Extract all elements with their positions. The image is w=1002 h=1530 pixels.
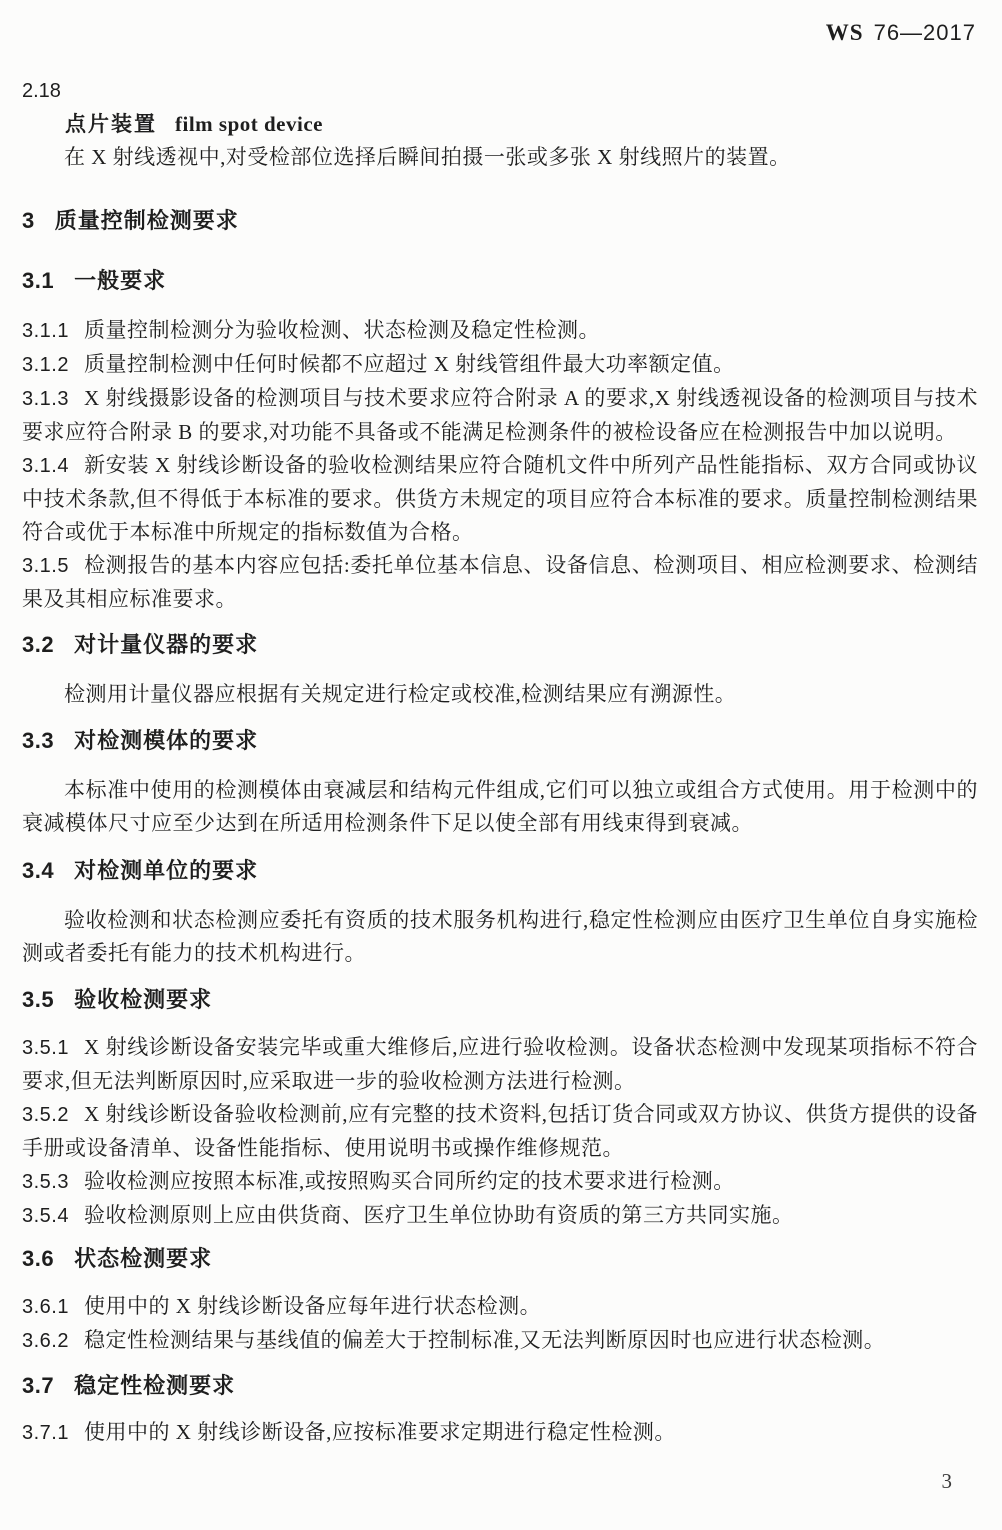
clause-3-6-2: 3.6.2稳定性检测结果与基线值的偏差大于控制标准,又无法判断原因时也应进行状态… (22, 1324, 978, 1358)
clause-number: 3.6.2 (22, 1330, 69, 1352)
chapter-heading: 3质量控制检测要求 (22, 204, 978, 237)
term-en: film spot device (175, 112, 323, 136)
section-title: 一般要求 (74, 268, 166, 293)
clause-number: 3.5.1 (22, 1037, 69, 1059)
clause-text: 检测报告的基本内容应包括:委托单位基本信息、设备信息、检测项目、相应检测要求、检… (22, 553, 978, 611)
section-number: 3.4 (22, 858, 54, 883)
clause-text: X 射线摄影设备的检测项目与技术要求应符合附录 A 的要求,X 射线透视设备的检… (22, 386, 978, 444)
clause-text: 稳定性检测结果与基线值的偏差大于控制标准,又无法判断原因时也应进行状态检测。 (84, 1328, 885, 1352)
clause-group-3-7: 3.7.1使用中的 X 射线诊断设备,应按标准要求定期进行稳定性检测。 (22, 1416, 978, 1450)
section-title: 对检测模体的要求 (74, 728, 258, 753)
clause-number: 3.5.4 (22, 1205, 69, 1227)
section-number: 3.6 (22, 1246, 54, 1271)
clause-3-5-3: 3.5.3验收检测应按照本标准,或按照购买合同所约定的技术要求进行检测。 (22, 1165, 978, 1199)
clause-number: 3.5.2 (22, 1104, 69, 1126)
chapter-title: 质量控制检测要求 (55, 208, 239, 233)
clause-number: 3.1.1 (22, 320, 69, 342)
clause-text: 验收检测应按照本标准,或按照购买合同所约定的技术要求进行检测。 (84, 1169, 735, 1193)
clause-text: 新安装 X 射线诊断设备的验收检测结果应符合随机文件中所列产品性能指标、双方合同… (22, 453, 978, 544)
definition-term: 点片装置film spot device (22, 108, 978, 141)
section-heading-3-1: 3.1一般要求 (22, 264, 978, 297)
clause-text: 质量控制检测分为验收检测、状态检测及稳定性检测。 (84, 318, 600, 342)
clause-3-1-3: 3.1.3X 射线摄影设备的检测项目与技术要求应符合附录 A 的要求,X 射线透… (22, 382, 978, 449)
clause-3-7-1: 3.7.1使用中的 X 射线诊断设备,应按标准要求定期进行稳定性检测。 (22, 1416, 978, 1450)
clause-number: 3.1.3 (22, 388, 69, 410)
section-heading-3-4: 3.4对检测单位的要求 (22, 854, 978, 887)
clause-3-1-1: 3.1.1质量控制检测分为验收检测、状态检测及稳定性检测。 (22, 314, 978, 348)
clause-text: 质量控制检测中任何时候都不应超过 X 射线管组件最大功率额定值。 (84, 352, 735, 376)
page-content: 2.18 点片装置film spot device 在 X 射线透视中,对受检部… (0, 75, 1002, 1450)
section-heading-3-5: 3.5验收检测要求 (22, 983, 978, 1016)
clause-number: 3.7.1 (22, 1422, 69, 1444)
clause-text: 验收检测原则上应由供货商、医疗卫生单位协助有资质的第三方共同实施。 (84, 1203, 794, 1227)
section-paragraph-3-3: 本标准中使用的检测模体由衰减层和结构元件组成,它们可以独立或组合方式使用。用于检… (22, 774, 978, 840)
standard-number-label: 76—2017 (874, 20, 976, 45)
document-page: WS76—2017 2.18 点片装置film spot device 在 X … (0, 0, 1002, 1530)
clause-3-1-5: 3.1.5检测报告的基本内容应包括:委托单位基本信息、设备信息、检测项目、相应检… (22, 549, 978, 616)
clause-text: 使用中的 X 射线诊断设备,应按标准要求定期进行稳定性检测。 (84, 1420, 676, 1444)
section-title: 对计量仪器的要求 (74, 632, 258, 657)
definition-block: 2.18 点片装置film spot device 在 X 射线透视中,对受检部… (22, 75, 978, 174)
section-heading-3-3: 3.3对检测模体的要求 (22, 724, 978, 757)
clause-number: 3.1.2 (22, 354, 69, 376)
clause-text: X 射线诊断设备安装完毕或重大维修后,应进行验收检测。设备状态检测中发现某项指标… (22, 1035, 978, 1093)
page-number: 3 (0, 1468, 1002, 1494)
section-number: 3.1 (22, 268, 54, 293)
clause-3-1-4: 3.1.4新安装 X 射线诊断设备的验收检测结果应符合随机文件中所列产品性能指标… (22, 449, 978, 549)
clause-number: 3.1.4 (22, 455, 69, 477)
page-header: WS76—2017 (0, 0, 1002, 49)
term-zh: 点片装置 (65, 113, 157, 136)
standard-code-label: WS (826, 20, 864, 45)
section-heading-3-7: 3.7稳定性检测要求 (22, 1369, 978, 1402)
section-heading-3-6: 3.6状态检测要求 (22, 1242, 978, 1275)
section-heading-3-2: 3.2对计量仪器的要求 (22, 628, 978, 661)
clause-group-3-6: 3.6.1使用中的 X 射线诊断设备应每年进行状态检测。 3.6.2稳定性检测结… (22, 1290, 978, 1358)
clause-3-5-1: 3.5.1X 射线诊断设备安装完毕或重大维修后,应进行验收检测。设备状态检测中发… (22, 1031, 978, 1098)
clause-number: 3.6.1 (22, 1296, 69, 1318)
section-title: 稳定性检测要求 (74, 1373, 235, 1398)
clause-number: 3.5.3 (22, 1171, 69, 1193)
clause-group-3-5: 3.5.1X 射线诊断设备安装完毕或重大维修后,应进行验收检测。设备状态检测中发… (22, 1031, 978, 1233)
clause-3-5-2: 3.5.2X 射线诊断设备验收检测前,应有完整的技术资料,包括订货合同或双方协议… (22, 1098, 978, 1165)
definition-number: 2.18 (22, 75, 978, 108)
section-paragraph-3-2: 检测用计量仪器应根据有关规定进行检定或校准,检测结果应有溯源性。 (22, 678, 978, 711)
chapter-number: 3 (22, 208, 35, 233)
clause-text: X 射线诊断设备验收检测前,应有完整的技术资料,包括订货合同或双方协议、供货方提… (22, 1102, 978, 1160)
clause-number: 3.1.5 (22, 555, 69, 577)
section-title: 验收检测要求 (74, 987, 212, 1012)
section-paragraph-3-4: 验收检测和状态检测应委托有资质的技术服务机构进行,稳定性检测应由医疗卫生单位自身… (22, 904, 978, 970)
definition-body: 在 X 射线透视中,对受检部位选择后瞬间拍摄一张或多张 X 射线照片的装置。 (22, 141, 978, 174)
section-number: 3.5 (22, 987, 54, 1012)
section-number: 3.3 (22, 728, 54, 753)
section-title: 对检测单位的要求 (74, 858, 258, 883)
section-number: 3.2 (22, 632, 54, 657)
clause-3-1-2: 3.1.2质量控制检测中任何时候都不应超过 X 射线管组件最大功率额定值。 (22, 348, 978, 382)
clause-3-6-1: 3.6.1使用中的 X 射线诊断设备应每年进行状态检测。 (22, 1290, 978, 1324)
clause-group-3-1: 3.1.1质量控制检测分为验收检测、状态检测及稳定性检测。 3.1.2质量控制检… (22, 314, 978, 616)
clause-3-5-4: 3.5.4验收检测原则上应由供货商、医疗卫生单位协助有资质的第三方共同实施。 (22, 1199, 978, 1233)
section-number: 3.7 (22, 1373, 54, 1398)
section-title: 状态检测要求 (74, 1246, 212, 1271)
clause-text: 使用中的 X 射线诊断设备应每年进行状态检测。 (84, 1294, 541, 1318)
